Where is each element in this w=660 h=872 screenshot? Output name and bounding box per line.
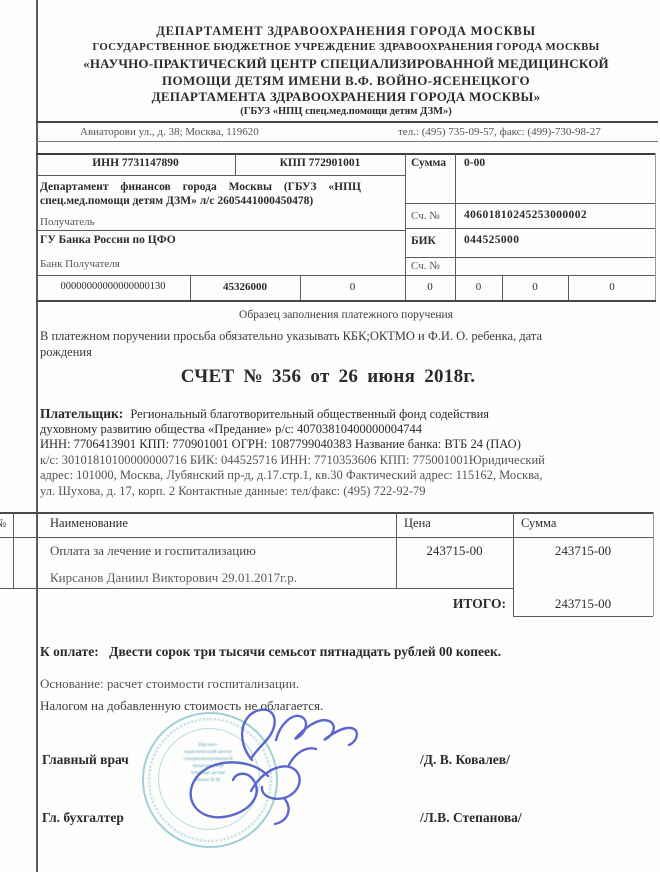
stamp-line: практический центр	[158, 749, 258, 756]
sample-caption: Образец заполнения платежного поручения	[36, 309, 656, 321]
items-table-border	[13, 512, 14, 588]
zero-cell: 0	[502, 281, 568, 293]
zero-cell: 0	[405, 281, 455, 293]
bank-name: ГУ Банка России по ЦФО	[40, 234, 176, 246]
vat-note-line: Налогом на добавленную стоимость не обла…	[40, 698, 323, 714]
stamp-line: помощи детям	[158, 770, 258, 777]
payer-line1: Плательщик: Региональный благотворительн…	[40, 406, 489, 422]
item-name: Оплата за лечение и госпитализацию	[50, 543, 256, 559]
note-line2: рождения	[40, 345, 92, 360]
org-name-line1: ДЕПАРТАМЕНТ ЗДРАВООХРАНЕНИЯ ГОРОДА МОСКВ…	[36, 24, 656, 39]
chief-doctor-label: Главный врач	[42, 752, 129, 768]
address-divider	[36, 141, 658, 142]
stamp-line: специализированной	[158, 756, 258, 763]
bank-table-border	[655, 153, 656, 300]
oktmo-value: 45326000	[190, 281, 300, 293]
payer-line6: ул. Шухова, д. 17, корп. 2 Контактные да…	[40, 484, 426, 499]
zero-cell: 0	[568, 281, 656, 293]
bank-table-border	[36, 300, 656, 302]
item-person: Кирсанов Даниил Викторович 29.01.2017г.р…	[50, 570, 297, 586]
account-value: 40601810245253000002	[464, 209, 587, 221]
payer-line1-text: Региональный благотворительный обществен…	[130, 407, 489, 421]
payer-line4: к/с: 30101810100000000716 БИК: 044525716…	[40, 453, 545, 468]
accountant-name: /Л.В. Степанова/	[420, 810, 522, 826]
items-table-border	[0, 512, 653, 514]
summa-value: 0-00	[464, 157, 485, 169]
stamp-center-text: Научно- практический центр специализиров…	[158, 742, 258, 784]
bik-value: 044525000	[464, 234, 519, 246]
accountant-label: Гл. бухгалтер	[42, 810, 124, 826]
bank-table-border	[36, 175, 405, 176]
org-name-line5: ДЕПАРТАМЕНТА ЗДРАВООХРАНЕНИЯ ГОРОДА МОСК…	[36, 89, 656, 105]
account2-label: Сч. №	[411, 260, 440, 272]
col-num-header: №	[0, 516, 6, 531]
note-line1: В платежном поручении просьба обязательн…	[40, 329, 542, 344]
basis-line: Основание: расчет стоимости госпитализац…	[40, 676, 299, 692]
recipient-label: Получатель	[40, 216, 95, 228]
col-name-header: Наименование	[50, 516, 128, 531]
kbk-value: 00000000000000000130	[36, 281, 190, 292]
items-table-border	[653, 512, 654, 616]
stamp-line: Научно-	[158, 742, 258, 749]
bank-table-border	[405, 153, 406, 300]
items-table-border	[0, 537, 653, 538]
item-price: 243715-00	[396, 543, 513, 559]
org-name-line6: (ГБУЗ «НПЦ спец.мед.помощи детям ДЗМ»)	[36, 106, 656, 117]
payee-kpp: КПП 772901001	[235, 157, 405, 169]
org-name-line2: ГОСУДАРСТВЕННОЕ БЮДЖЕТНОЕ УЧРЕЖДЕНИЕ ЗДР…	[36, 41, 656, 53]
bank-table-border	[455, 153, 456, 300]
stamp-line: медицинской	[158, 763, 258, 770]
org-name-line4: ПОМОЩИ ДЕТЯМ ИМЕНИ В.Ф. ВОЙНО-ЯСЕНЕЦКОГО	[36, 73, 656, 89]
amount-due-line: К оплате: Двести сорок три тысячи семьсо…	[40, 644, 501, 660]
items-table-border	[513, 616, 653, 617]
stamp-line: имени В.Ф.	[158, 777, 258, 784]
scan-edge-line	[36, 0, 38, 872]
payer-line3: ИНН: 7706413901 КПП: 770901001 ОГРН: 108…	[40, 437, 521, 452]
invoice-title: СЧЕТ № 356 от 26 июня 2018г.	[36, 366, 620, 388]
amount-due-label: К оплате:	[40, 644, 99, 659]
col-price-header: Цена	[404, 516, 431, 531]
items-table-border	[0, 588, 513, 589]
payer-line2: духовному развитию общества «Предание» р…	[40, 422, 422, 437]
recipient-line1: Департамент финансов города Москвы (ГБУЗ…	[40, 181, 402, 193]
invoice-document: ДЕПАРТАМЕНТ ЗДРАВООХРАНЕНИЯ ГОРОДА МОСКВ…	[0, 0, 660, 872]
item-sum: 243715-00	[513, 543, 653, 559]
bank-table-border	[405, 228, 656, 229]
account-label: Сч. №	[411, 210, 440, 222]
chief-doctor-name: /Д. В. Ковалев/	[420, 752, 510, 768]
total-label: ИТОГО:	[396, 596, 506, 612]
bank-table-border	[405, 203, 656, 204]
zero-cell: 0	[300, 281, 405, 293]
payee-inn: ИНН 7731147890	[36, 157, 235, 169]
zero-cell: 0	[455, 281, 502, 293]
summa-label: Сумма	[411, 157, 446, 169]
bank-label: Банк Получателя	[40, 258, 120, 270]
amount-due-text: Двести сорок три тысячи семьсот пятнадца…	[109, 644, 501, 659]
bank-table-border	[36, 275, 656, 276]
org-name-line3: «НАУЧНО-ПРАКТИЧЕСКИЙ ЦЕНТР СПЕЦИАЛИЗИРОВ…	[36, 56, 656, 72]
org-phone-fax: тел.: (495) 735-09-57, факс: (499)-730-9…	[398, 126, 601, 138]
col-sum-header: Сумма	[521, 516, 556, 531]
header-divider	[36, 121, 658, 123]
bank-table-border	[36, 153, 656, 155]
org-address: Авиаторови ул., д. 38; Москва, 119620	[80, 126, 259, 138]
bank-table-border	[405, 257, 656, 258]
total-value: 243715-00	[513, 596, 653, 612]
bank-table-border	[36, 230, 405, 231]
bik-label: БИК	[411, 235, 436, 247]
payer-label: Плательщик:	[40, 406, 123, 421]
recipient-line2: спец.мед.помощи детям ДЗМ» л/с 260544100…	[40, 195, 313, 207]
payer-line5: адрес: 101000, Москва, Лубянский пр-д, д…	[40, 468, 542, 483]
